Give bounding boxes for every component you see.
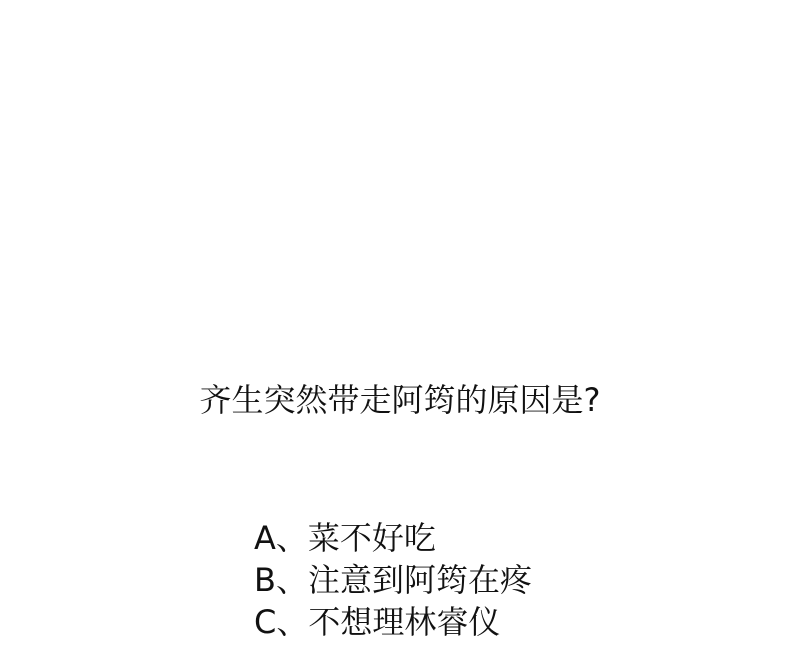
quiz-option-b: B、注意到阿筠在疼 <box>254 559 532 601</box>
quiz-options-list: A、菜不好吃 B、注意到阿筠在疼 C、不想理林睿仪 <box>254 517 532 643</box>
quiz-option-c: C、不想理林睿仪 <box>254 601 532 643</box>
quiz-option-a: A、菜不好吃 <box>254 517 532 559</box>
quiz-question: 齐生突然带走阿筠的原因是? <box>0 376 800 424</box>
